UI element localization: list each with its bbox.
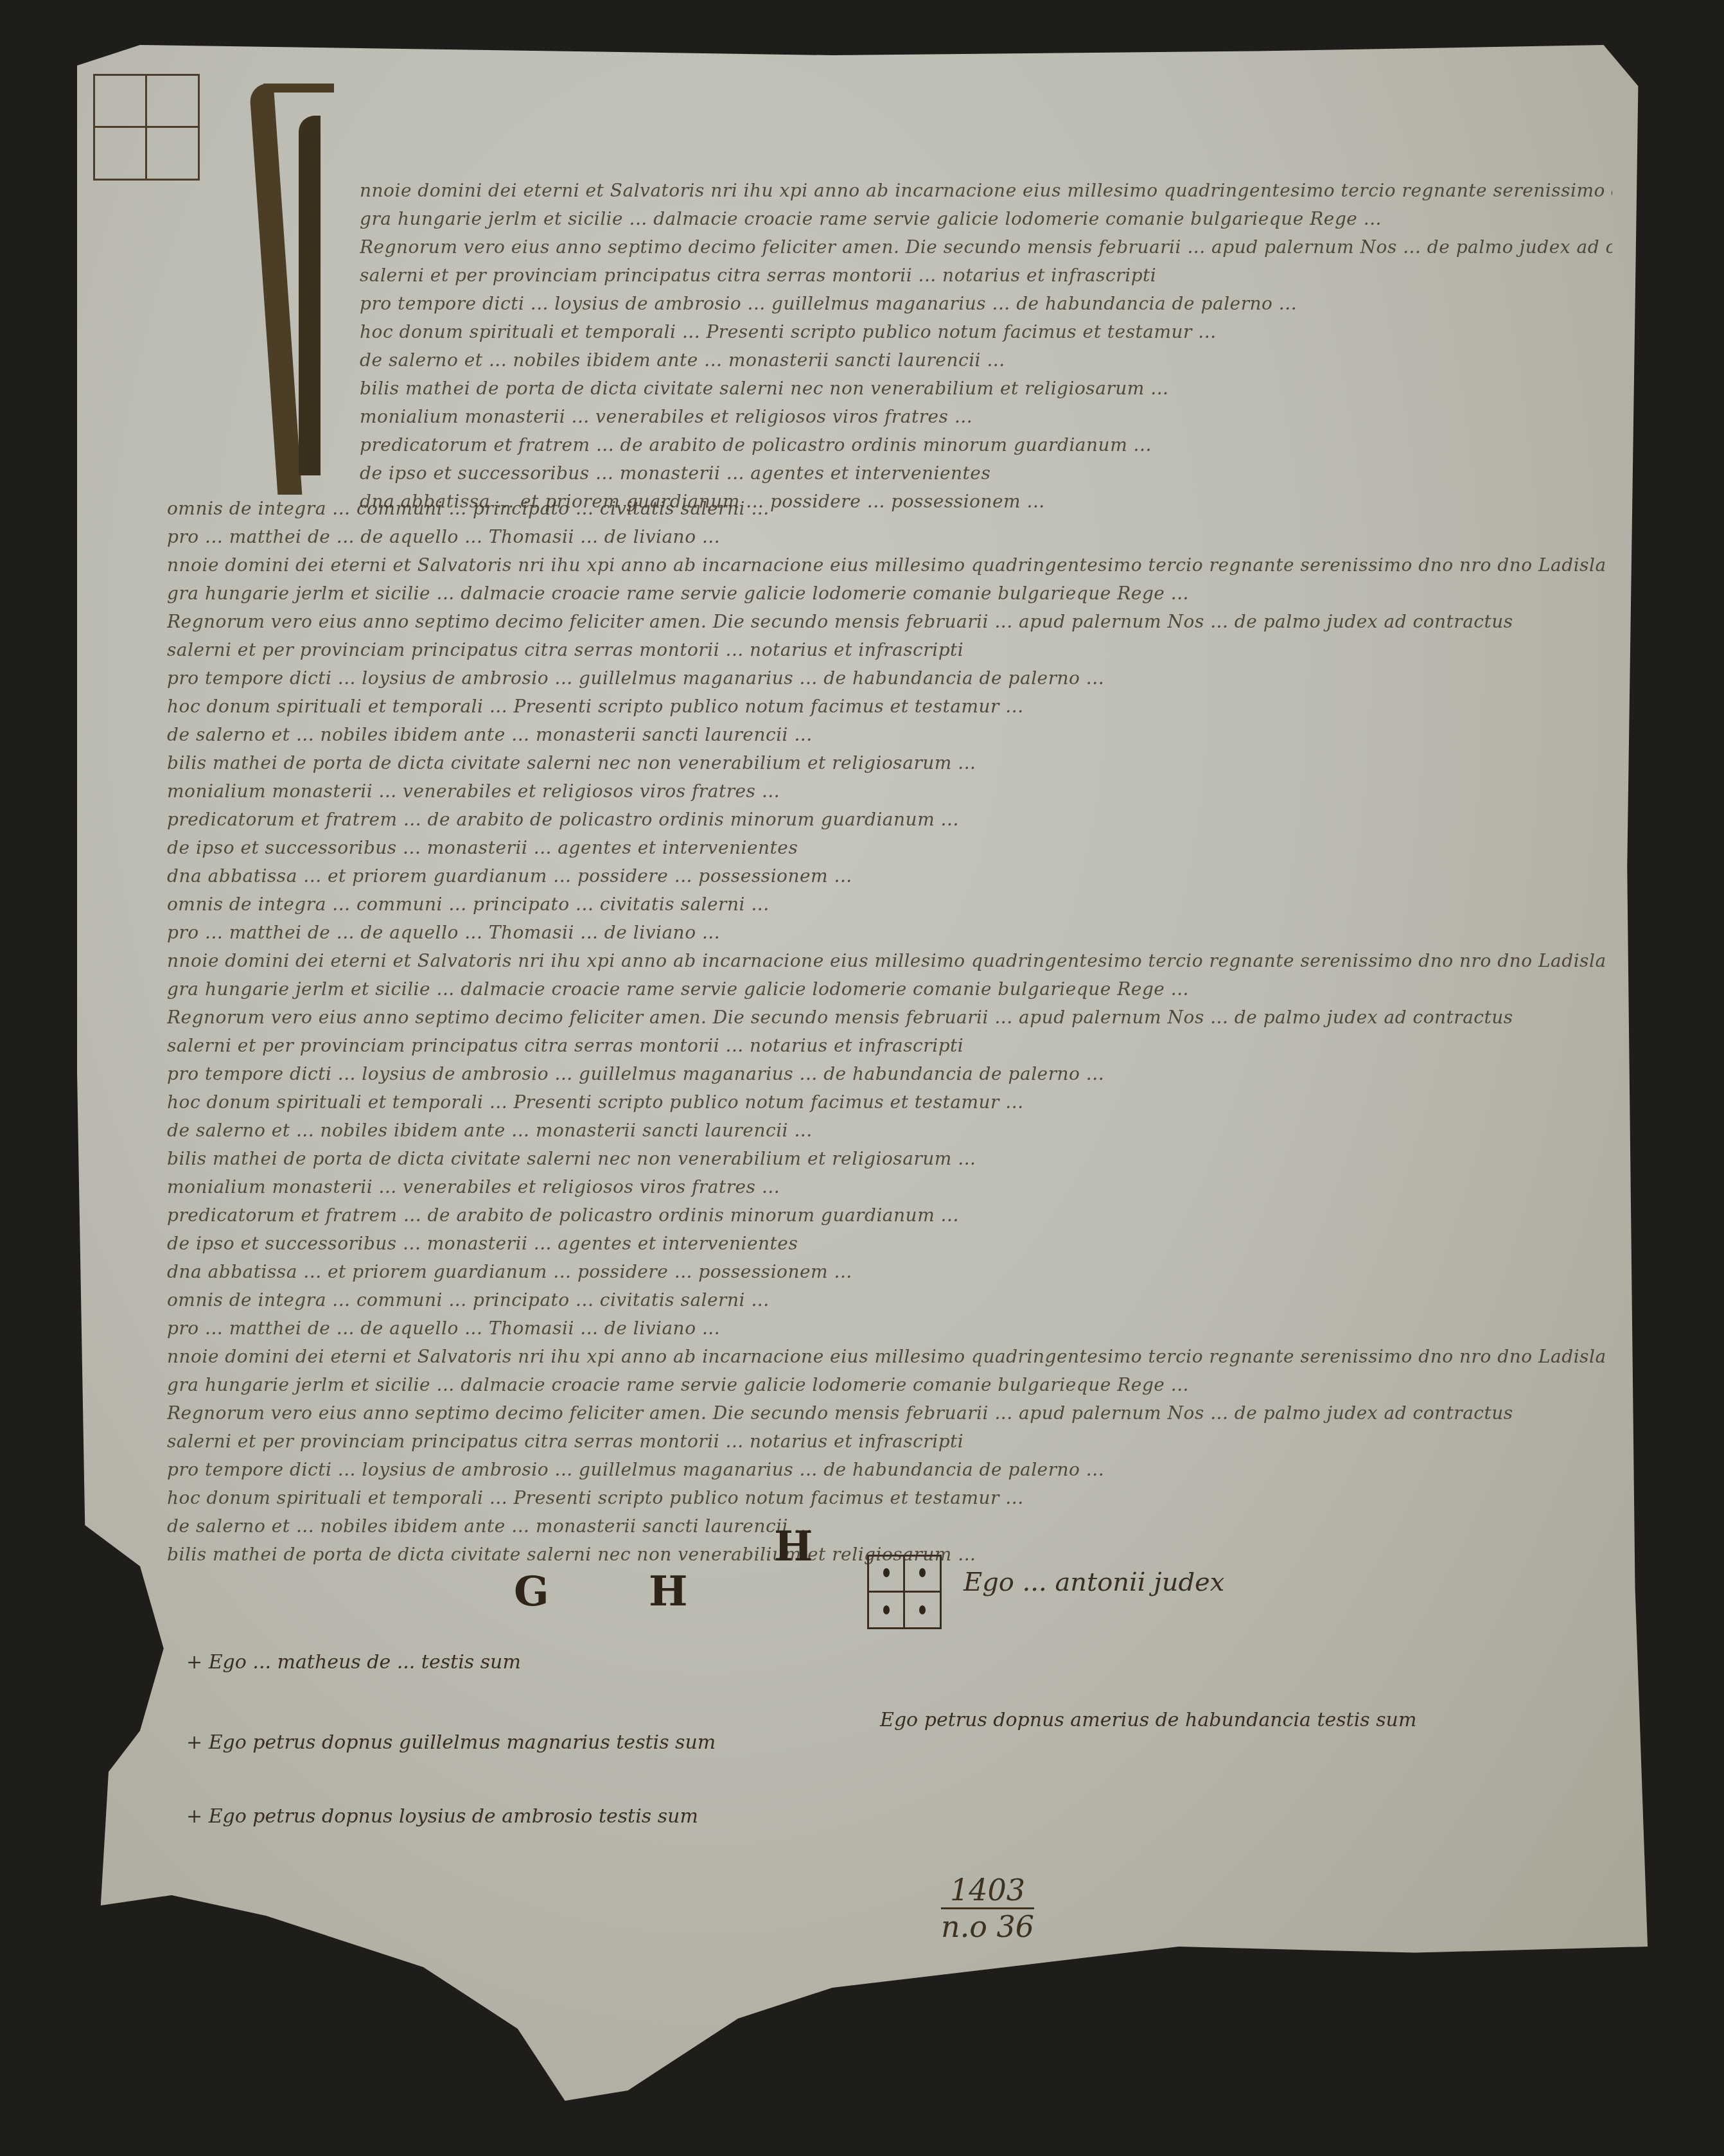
text-line: predicatorum et fratrem ... de arabito d… bbox=[167, 1201, 1606, 1230]
text-line: pro tempore dicti ... loysius de ambrosi… bbox=[360, 290, 1612, 318]
text-line: monialium monasterii ... venerabiles et … bbox=[167, 1173, 1606, 1201]
text-line: de salerno et ... nobiles ibidem ante ..… bbox=[167, 1117, 1606, 1145]
text-line: pro ... matthei de ... de aquello ... Th… bbox=[167, 523, 1606, 551]
text-line: omnis de integra ... communi ... princip… bbox=[167, 495, 1606, 523]
parchment-sheet: nnoie domini dei eterni et Salvatoris nr… bbox=[77, 45, 1651, 2101]
decorated-initial-letter bbox=[263, 84, 334, 495]
signature-witness-3: + Ego petrus dopnus loysius de ambrosio … bbox=[186, 1805, 698, 1828]
charter-text-body: omnis de integra ... communi ... princip… bbox=[167, 495, 1606, 1569]
text-line: nnoie domini dei eterni et Salvatoris nr… bbox=[167, 947, 1606, 975]
text-line: gra hungarie jerlm et sicilie ... dalmac… bbox=[167, 579, 1606, 608]
text-line: pro ... matthei de ... de aquello ... Th… bbox=[167, 1314, 1606, 1343]
text-line: hoc donum spirituali et temporali ... Pr… bbox=[167, 1088, 1606, 1117]
text-line: dna abbatissa ... et priorem guardianum … bbox=[167, 862, 1606, 890]
text-line: nnoie domini dei eterni et Salvatoris nr… bbox=[360, 177, 1612, 205]
text-line: de ipso et successoribus ... monasterii … bbox=[167, 1230, 1606, 1258]
text-line: nnoie domini dei eterni et Salvatoris nr… bbox=[167, 551, 1606, 579]
text-line: pro tempore dicti ... loysius de ambrosi… bbox=[167, 1456, 1606, 1484]
archive-year: 1403 bbox=[941, 1873, 1034, 1909]
signature-witness-4: Ego petrus dopnus amerius de habundancia… bbox=[880, 1709, 1416, 1731]
text-line: hoc donum spirituali et temporali ... Pr… bbox=[167, 1484, 1606, 1512]
text-line: Regnorum vero eius anno septimo decimo f… bbox=[167, 608, 1606, 636]
text-line: de ipso et successoribus ... monasterii … bbox=[167, 834, 1606, 862]
text-line: salerni et per provinciam principatus ci… bbox=[167, 636, 1606, 664]
monogram-g: G bbox=[514, 1568, 549, 1616]
text-line: de ipso et successoribus ... monasterii … bbox=[360, 459, 1612, 488]
text-line: Regnorum vero eius anno septimo decimo f… bbox=[167, 1399, 1606, 1427]
text-line: de salerno et ... nobiles ibidem ante ..… bbox=[360, 346, 1612, 375]
text-line: pro ... matthei de ... de aquello ... Th… bbox=[167, 919, 1606, 947]
signature-judge: Ego ... antonii judex bbox=[963, 1568, 1224, 1597]
text-line: de salerno et ... nobiles ibidem ante ..… bbox=[167, 1512, 1606, 1541]
text-line: monialium monasterii ... venerabiles et … bbox=[360, 403, 1612, 431]
text-line: hoc donum spirituali et temporali ... Pr… bbox=[360, 318, 1612, 346]
text-line: bilis mathei de porta de dicta civitate … bbox=[167, 1145, 1606, 1173]
text-line: de salerno et ... nobiles ibidem ante ..… bbox=[167, 721, 1606, 749]
text-line: salerni et per provinciam principatus ci… bbox=[167, 1032, 1606, 1060]
text-line: nnoie domini dei eterni et Salvatoris nr… bbox=[167, 1343, 1606, 1371]
text-line: predicatorum et fratrem ... de arabito d… bbox=[360, 431, 1612, 459]
archive-mark: 1403 n.o 36 bbox=[941, 1873, 1034, 1944]
text-line: bilis mathei de porta de dicta civitate … bbox=[360, 375, 1612, 403]
text-line: gra hungarie jerlm et sicilie ... dalmac… bbox=[167, 1371, 1606, 1399]
monogram-h: H bbox=[774, 1523, 813, 1571]
text-line: salerni et per provinciam principatus ci… bbox=[167, 1427, 1606, 1456]
text-line: Regnorum vero eius anno septimo decimo f… bbox=[167, 1003, 1606, 1032]
text-line: dna abbatissa ... et priorem guardianum … bbox=[167, 1258, 1606, 1286]
text-line: gra hungarie jerlm et sicilie ... dalmac… bbox=[360, 205, 1612, 233]
notarial-sign-icon bbox=[93, 74, 200, 181]
judge-notarial-sign-icon bbox=[867, 1555, 942, 1629]
text-line: pro tempore dicti ... loysius de ambrosi… bbox=[167, 1060, 1606, 1088]
signature-witness-1: + Ego ... matheus de ... testis sum bbox=[186, 1651, 521, 1674]
charter-text-opening: nnoie domini dei eterni et Salvatoris nr… bbox=[360, 177, 1612, 516]
text-line: gra hungarie jerlm et sicilie ... dalmac… bbox=[167, 975, 1606, 1003]
text-line: predicatorum et fratrem ... de arabito d… bbox=[167, 806, 1606, 834]
text-line: salerni et per provinciam principatus ci… bbox=[360, 261, 1612, 290]
text-line: Regnorum vero eius anno septimo decimo f… bbox=[360, 233, 1612, 261]
text-line: omnis de integra ... communi ... princip… bbox=[167, 1286, 1606, 1314]
text-line: hoc donum spirituali et temporali ... Pr… bbox=[167, 693, 1606, 721]
text-line: omnis de integra ... communi ... princip… bbox=[167, 890, 1606, 919]
text-line: pro tempore dicti ... loysius de ambrosi… bbox=[167, 664, 1606, 693]
archive-number: n.o 36 bbox=[941, 1909, 1034, 1944]
monogram-h: H bbox=[649, 1568, 687, 1616]
text-line: bilis mathei de porta de dicta civitate … bbox=[167, 749, 1606, 777]
text-line: monialium monasterii ... venerabiles et … bbox=[167, 777, 1606, 806]
signature-witness-2: + Ego petrus dopnus guillelmus magnarius… bbox=[186, 1731, 716, 1754]
